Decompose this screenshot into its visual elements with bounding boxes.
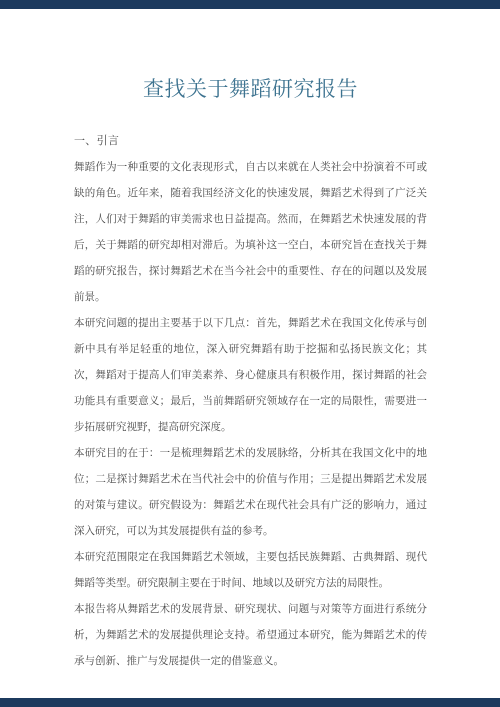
document-page: 查找关于舞蹈研究报告 一、引言 舞蹈作为一种重要的文化表现形式，自古以来就在人类… [0, 0, 500, 707]
section-heading-introduction: 一、引言 [74, 128, 427, 154]
paragraph-report-outline: 本报告将从舞蹈艺术的发展背景、研究现状、问题与对策等方面进行系统分析，为舞蹈艺术… [74, 596, 427, 674]
document-content: 查找关于舞蹈研究报告 一、引言 舞蹈作为一种重要的文化表现形式，自古以来就在人类… [74, 0, 427, 674]
paragraph-research-questions: 本研究问题的提出主要基于以下几点：首先，舞蹈艺术在我国文化传承与创新中具有举足轻… [74, 310, 427, 440]
document-title: 查找关于舞蹈研究报告 [74, 76, 427, 103]
bottom-edge-bar [0, 698, 500, 707]
paragraph-research-goals: 本研究目的在于：一是梳理舞蹈艺术的发展脉络，分析其在我国文化中的地位；二是探讨舞… [74, 440, 427, 544]
paragraph-background: 舞蹈作为一种重要的文化表现形式，自古以来就在人类社会中扮演着不可或缺的角色。近年… [74, 154, 427, 310]
paragraph-research-scope: 本研究范围限定在我国舞蹈艺术领域，主要包括民族舞蹈、古典舞蹈、现代舞蹈等类型。研… [74, 544, 427, 596]
